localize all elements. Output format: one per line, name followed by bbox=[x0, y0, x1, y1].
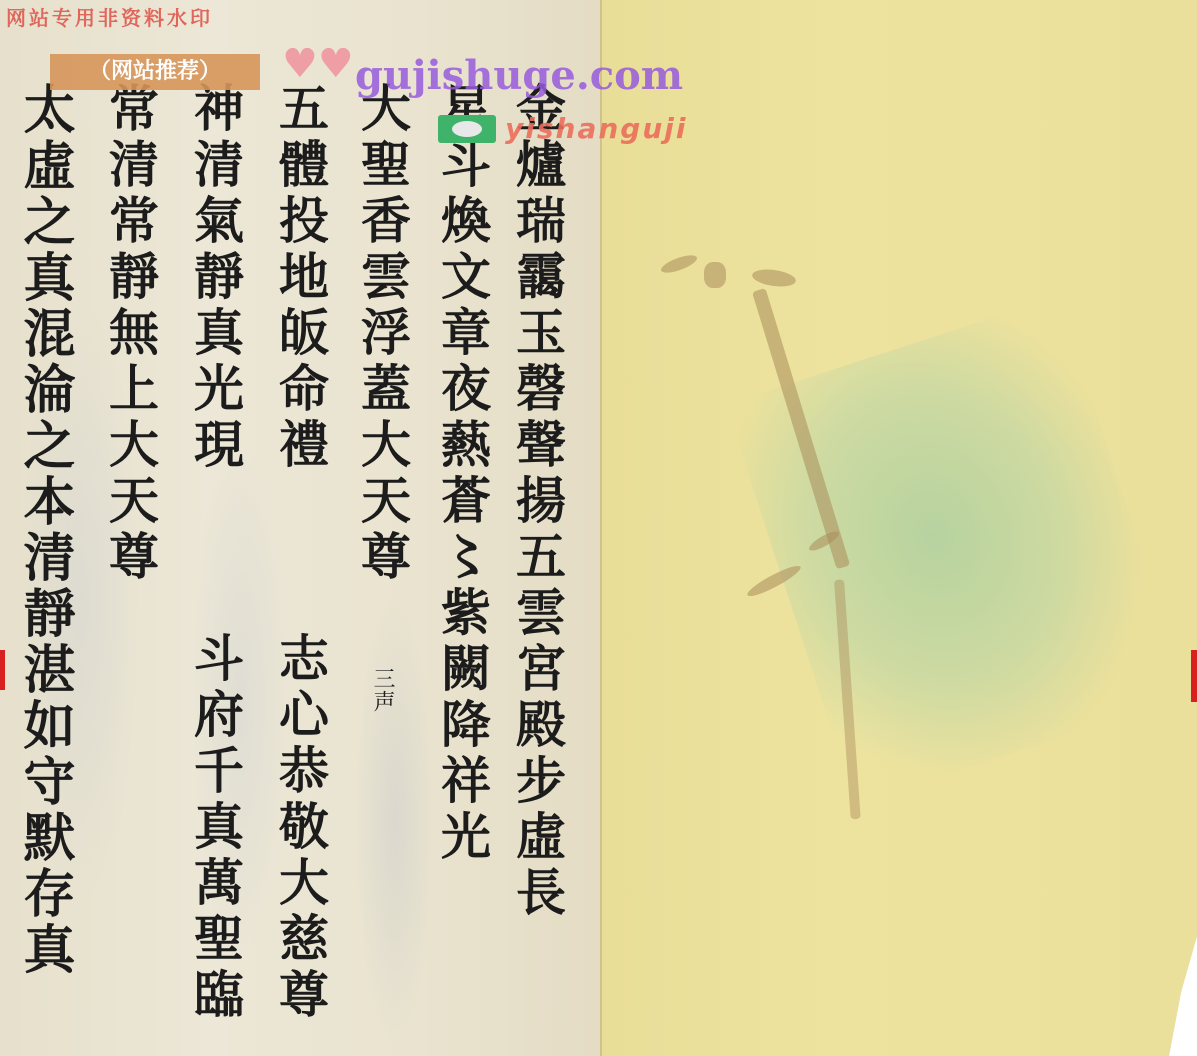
watermark-top-banner: 网站专用非资料水印 bbox=[6, 2, 213, 31]
text-column-1: 金爐瑞靄玉磬聲揚五雲宮殿步虛長 bbox=[512, 82, 562, 922]
column-2-text: 星斗煥文章夜爇蒼〻紫闕降祥光 bbox=[433, 82, 492, 866]
text-column-4: 五體投地皈命禮 志心恭敬大慈尊 bbox=[275, 82, 325, 1024]
column-4-part1: 五體投地皈命禮 bbox=[271, 82, 330, 474]
watermark-recommend-badge: （网站推荐） bbox=[50, 54, 260, 90]
text-column-7: 太虛之真混淪之本清靜湛如守默存真 bbox=[18, 82, 70, 978]
column-4-part2: 志心恭敬大慈尊 bbox=[271, 632, 330, 1024]
column-3-note: 三声 bbox=[371, 667, 393, 713]
heart-icon: ♥♥ bbox=[282, 44, 342, 84]
text-column-6: 常清常靜無上大天尊 bbox=[105, 82, 155, 586]
column-5-part2: 斗府千真萬聖臨 bbox=[186, 632, 245, 1024]
column-5-part1: 神清氣靜真光現 bbox=[186, 82, 245, 474]
column-3-text: 大聖香雲浮蓋大天尊 bbox=[353, 82, 412, 586]
column-7-text: 太虛之真混淪之本清靜湛如守默存真 bbox=[14, 82, 75, 978]
green-wash-stain bbox=[726, 296, 1189, 804]
column-6-text: 常清常靜無上大天尊 bbox=[101, 82, 160, 586]
brush-stroke-leaf-right bbox=[751, 267, 797, 289]
text-column-2: 星斗煥文章夜爇蒼〻紫闕降祥光 bbox=[437, 82, 487, 866]
text-column-3: 大聖香雲浮蓋大天尊 三声 bbox=[357, 82, 407, 713]
brush-stroke-leaf-left bbox=[659, 252, 699, 276]
red-seal-mark-left bbox=[0, 650, 5, 690]
column-1-text: 金爐瑞靄玉磬聲揚五雲宮殿步虛長 bbox=[508, 82, 567, 922]
text-column-5: 神清氣靜真光現 斗府千真萬聖臨 bbox=[190, 82, 240, 1024]
right-page-painting bbox=[600, 0, 1197, 1056]
red-seal-mark-right bbox=[1191, 650, 1197, 702]
chat-logo-icon bbox=[438, 115, 496, 143]
brush-stroke-node-top bbox=[704, 262, 726, 288]
watermark-site-url: gujishuge.com bbox=[355, 52, 683, 99]
watermark-sub-brand: yishanguji bbox=[505, 112, 687, 145]
